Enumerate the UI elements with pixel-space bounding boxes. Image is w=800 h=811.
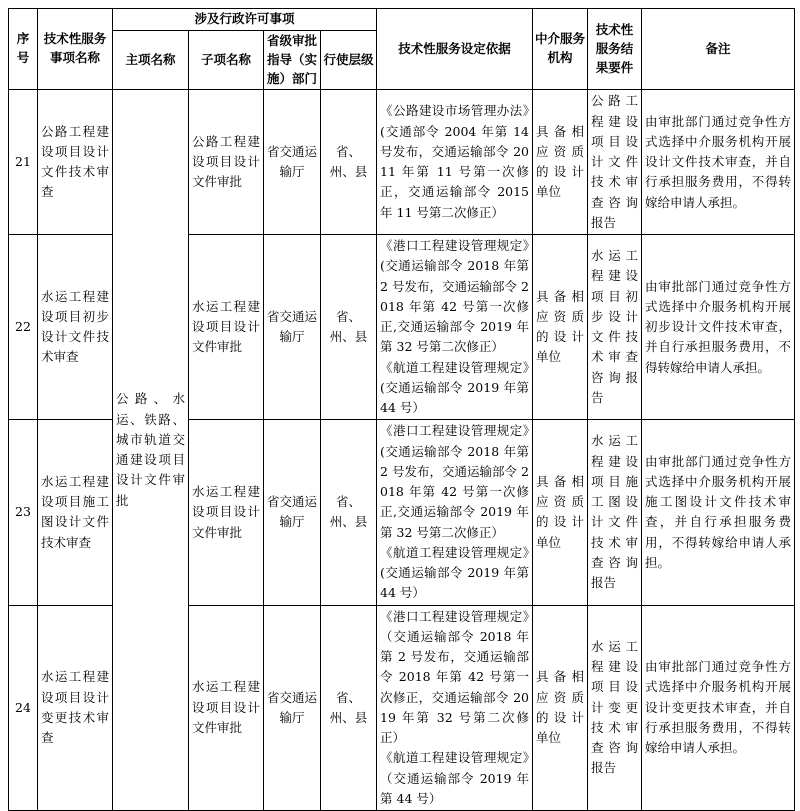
cell-result: 水运工程建设项目初步设计文件技术审查咨询报告 xyxy=(588,235,642,420)
cell-remark: 由审批部门通过竞争性方式选择中介服务机构开展初步设计文件技术审查，并自行承担服务… xyxy=(642,235,795,420)
col-header-basis: 技术性服务设定依据 xyxy=(377,9,533,90)
cell-serial: 24 xyxy=(9,605,38,811)
cell-agency: 具备相应资质的设计单位 xyxy=(533,90,588,235)
cell-department: 省交通运输厅 xyxy=(264,605,321,811)
cell-department: 省交通运输厅 xyxy=(264,235,321,420)
cell-sub-item: 公路工程建设项目设计文件审批 xyxy=(189,90,264,235)
col-header-exercise-level: 行使层级 xyxy=(321,31,377,90)
cell-service-name: 水运工程建设项目初步设计文件技术审查 xyxy=(38,235,113,420)
col-header-sub-item: 子项名称 xyxy=(189,31,264,90)
cell-serial: 22 xyxy=(9,235,38,420)
cell-basis: 《港口工程建设管理规定》(交通运输部令 2018 年第 2 号发布，交通运输部令… xyxy=(377,235,533,420)
cell-basis: 《港口工程建设管理规定》(交通运输部令 2018 年第 2 号发布，交通运输部令… xyxy=(377,420,533,605)
cell-serial: 21 xyxy=(9,90,38,235)
cell-sub-item: 水运工程建设项目设计文件审批 xyxy=(189,235,264,420)
header-row-1: 序号 技术性服务事项名称 涉及行政许可事项 技术性服务设定依据 中介服务机构 技… xyxy=(9,9,795,31)
cell-agency: 具备相应资质的设计单位 xyxy=(533,605,588,811)
cell-remark: 由审批部门通过竞争性方式选择中介服务机构开展设计变更技术审查，并自行承担服务费用… xyxy=(642,605,795,811)
cell-remark: 由审批部门通过竞争性方式选择中介服务机构开展施工图设计文件技术审查，并自行承担服… xyxy=(642,420,795,605)
cell-main-item-merged: 公路、水运、铁路、城市轨道交通建设项目设计文件审批 xyxy=(113,90,189,811)
col-header-agency: 中介服务机构 xyxy=(533,9,588,90)
cell-service-name: 水运工程建设项目施工图设计文件技术审查 xyxy=(38,420,113,605)
cell-sub-item: 水运工程建设项目设计文件审批 xyxy=(189,420,264,605)
col-header-main-item: 主项名称 xyxy=(113,31,189,90)
cell-service-name: 水运工程建设项目设计变更技术审查 xyxy=(38,605,113,811)
cell-agency: 具备相应资质的设计单位 xyxy=(533,235,588,420)
col-header-licensing-group: 涉及行政许可事项 xyxy=(113,9,377,31)
col-header-serial: 序号 xyxy=(9,9,38,90)
col-header-remark: 备注 xyxy=(642,9,795,90)
cell-department: 省交通运输厅 xyxy=(264,90,321,235)
cell-result: 水运工程建设项目设计变更技术审查咨询报告 xyxy=(588,605,642,811)
technical-services-table: 序号 技术性服务事项名称 涉及行政许可事项 技术性服务设定依据 中介服务机构 技… xyxy=(8,8,795,811)
col-header-approval-dept: 省级审批指导（实施）部门 xyxy=(264,31,321,90)
cell-level: 省、州、县 xyxy=(321,605,377,811)
cell-department: 省交通运输厅 xyxy=(264,420,321,605)
cell-service-name: 公路工程建设项目设计文件技术审查 xyxy=(38,90,113,235)
cell-level: 省、州、县 xyxy=(321,420,377,605)
cell-remark: 由审批部门通过竞争性方式选择中介服务机构开展设计文件技术审查，并自行承担服务费用… xyxy=(642,90,795,235)
cell-level: 省、州、县 xyxy=(321,235,377,420)
cell-sub-item: 水运工程建设项目设计文件审批 xyxy=(189,605,264,811)
cell-level: 省、州、县 xyxy=(321,90,377,235)
col-header-service-item: 技术性服务事项名称 xyxy=(38,9,113,90)
cell-basis: 《公路建设市场管理办法》(交通部令 2004 年第 14 号发布，交通运输部令 … xyxy=(377,90,533,235)
cell-result: 水运工程建设项目施工图设计文件技术审查咨询报告 xyxy=(588,420,642,605)
col-header-result: 技术性服务结果要件 xyxy=(588,9,642,90)
cell-serial: 23 xyxy=(9,420,38,605)
cell-result: 公路工程建设项目设计文件技术审查咨询报告 xyxy=(588,90,642,235)
cell-agency: 具备相应资质的设计单位 xyxy=(533,420,588,605)
cell-basis: 《港口工程建设管理规定》（交通运输部令 2018 年第 2 号发布，交通运输部令… xyxy=(377,605,533,811)
table-row-21: 21 公路工程建设项目设计文件技术审查 公路、水运、铁路、城市轨道交通建设项目设… xyxy=(9,90,795,235)
